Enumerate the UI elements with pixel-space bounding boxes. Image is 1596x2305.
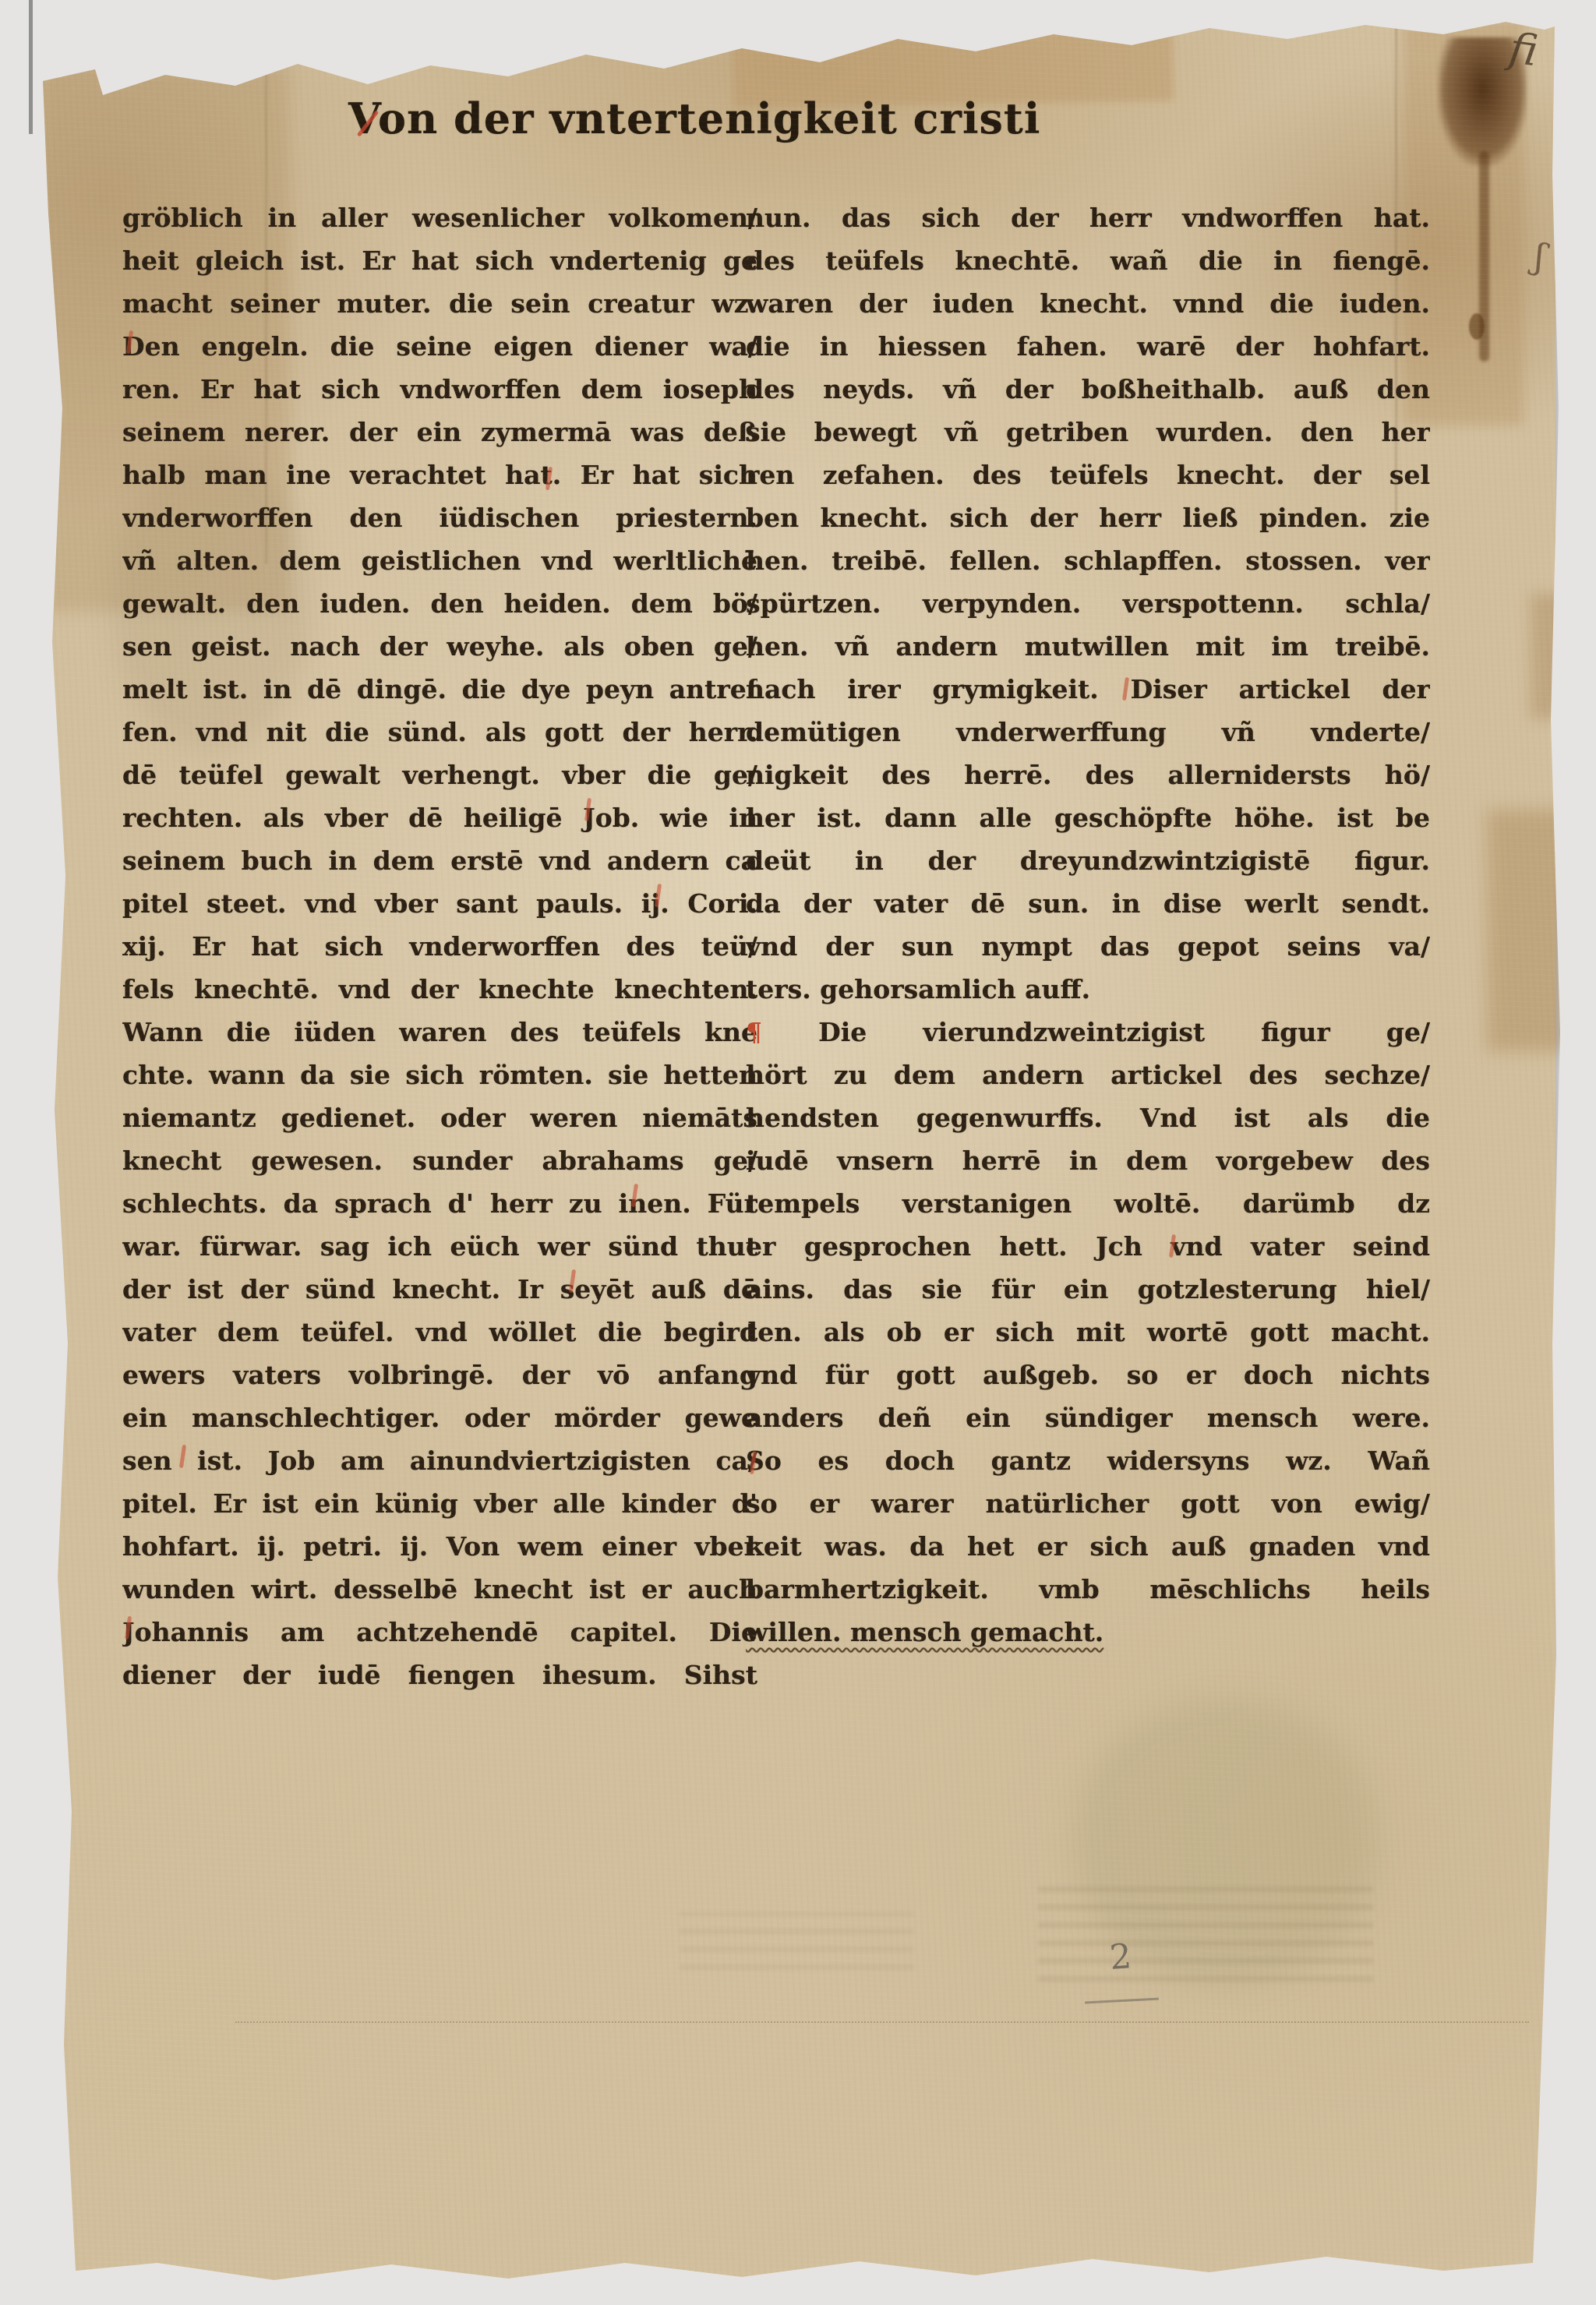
text-line: waren der iuden knecht. vnnd die iuden.	[746, 282, 1430, 325]
showthrough-text-ghost	[1038, 1881, 1373, 1994]
text-column-left: gröblich in aller wesenlicher volkomen/h…	[122, 196, 757, 1696]
text-line: ains. das sie für ein gotzlesterung hiel…	[746, 1268, 1430, 1311]
text-line: da der vater dē sun. in dise werlt sendt…	[746, 882, 1430, 925]
text-line: gröblich in aller wesenlicher volkomen/	[122, 196, 757, 239]
text-line: er gesprochen hett. Jch vnd vater seind	[746, 1225, 1430, 1268]
text-line: sen ist. Job am ainundviertzigisten ca/	[122, 1439, 757, 1482]
ink-drip-top-right	[1479, 151, 1489, 362]
text-line: des neyds. vñ der boßheithalb. auß den	[746, 368, 1430, 411]
text-line: vnd der sun nympt das gepot seins va/	[746, 925, 1430, 968]
text-line: nun. das sich der herr vndworffen hat.	[746, 196, 1430, 239]
text-line: seinem buch in dem erstē vnd andern ca	[122, 839, 757, 882]
text-line: hen. treibē. fellen. schlapffen. stossen…	[746, 539, 1430, 582]
text-line: demütigen vnderwerffung vñ vnderte/	[746, 711, 1430, 754]
text-line: sie bewegt vñ getriben wurden. den her	[746, 411, 1430, 454]
text-line: willen. mensch gemacht.	[746, 1611, 1430, 1654]
text-line: macht seiner muter. die sein creatur wz.	[122, 282, 757, 325]
text-line: rechten. als vber dē heiligē Job. wie in	[122, 796, 757, 839]
text-line: Wann die iüden waren des teüfels kne	[122, 1011, 757, 1054]
text-line: ein manschlechtiger. oder mörder gewe	[122, 1396, 757, 1439]
mounting-wire	[29, 0, 33, 134]
text-line: Johannis am achtzehendē capitel. Die	[122, 1611, 757, 1654]
text-line: hohfart. ij. petri. ij. Von wem einer vb…	[122, 1525, 757, 1568]
page-title: Von der vntertenigkeit cristi	[348, 94, 1096, 157]
text-line: tempels verstanigen woltē. darümb dz	[746, 1182, 1430, 1225]
ink-drop-top-right	[1469, 313, 1485, 340]
showthrough-text-ghost	[680, 1912, 913, 1982]
text-line: ters. gehorsamlich auff.	[746, 968, 1430, 1011]
text-line: vnderworffen den iüdischen priestern.	[122, 496, 757, 539]
text-line: schlechts. da sprach d' herr zu inen. Fü…	[122, 1182, 757, 1225]
text-line: ewers vaters volbringē. der vō anfang	[122, 1354, 757, 1396]
text-line: vnd für gott außgeb. so er doch nichts	[746, 1354, 1430, 1396]
pencil-mark-2: 2	[1108, 1936, 1132, 1978]
text-line: chte. wann da sie sich römten. sie hette…	[122, 1054, 757, 1096]
text-line: anders deñ ein sündiger mensch were.	[746, 1396, 1430, 1439]
text-line: wunden wirt. desselbē knecht ist er auch	[122, 1568, 757, 1611]
handwritten-mark-top-right: fi	[1506, 23, 1541, 76]
water-stain-bottom-right	[1073, 1698, 1377, 1986]
text-line: dē teüfel gewalt verhengt. vber die ge/	[122, 754, 757, 796]
text-line: her ist. dann alle geschöpfte höhe. ist …	[746, 796, 1430, 839]
text-line: halb man ine verachtet hat. Er hat sich	[122, 454, 757, 496]
manuscript-leaf: Von der vntertenigkeit cristi gröblich i…	[41, 19, 1555, 2288]
text-line: nach irer grymigkeit. Diser artickel der	[746, 668, 1430, 711]
text-line: barmhertzigkeit. vmb mēschlichs heils	[746, 1568, 1430, 1611]
text-line: ren. Er hat sich vndworffen dem ioseph	[122, 368, 757, 411]
text-line: Den engeln. die seine eigen diener wa/	[122, 325, 757, 368]
page-title-text: Von der vntertenigkeit cristi	[348, 94, 1040, 143]
water-stain-right-mid	[1487, 810, 1577, 1051]
text-line: war. fürwar. sag ich eüch wer sünd thut	[122, 1225, 757, 1268]
water-stain-right-upper	[1531, 594, 1579, 718]
text-line: seinem nerer. der ein zymermā was deß	[122, 411, 757, 454]
text-line: hendsten gegenwurffs. Vnd ist als die	[746, 1096, 1430, 1139]
text-line: keit was. da het er sich auß gnaden vnd	[746, 1525, 1430, 1568]
text-line: fels knechtē. vnd der knechte knechten.	[122, 968, 757, 1011]
text-line: spürtzen. verpynden. verspottenn. schla/	[746, 582, 1430, 625]
text-line: knecht gewesen. sunder abrahams ge/	[122, 1139, 757, 1182]
blind-impression-line	[235, 2021, 1529, 2023]
text-line: xij. Er hat sich vnderworffen des teü/	[122, 925, 757, 968]
text-line: der ist der sünd knecht. Ir seyēt auß dē	[122, 1268, 757, 1311]
text-line: diener der iudē fiengen ihesum. Sihst	[122, 1654, 757, 1696]
text-line: hen. vñ andern mutwillen mit im treibē.	[746, 625, 1430, 668]
text-line: des teüfels knechtē. wañ die in fiengē.	[746, 239, 1430, 282]
pencil-underline	[1085, 1998, 1159, 2004]
text-line: ¶ Die vierundzweintzigist figur ge/	[746, 1011, 1430, 1054]
text-line: melt ist. in dē dingē. die dye peyn antr…	[122, 668, 757, 711]
ink-curl-right-edge: ʃ	[1531, 235, 1550, 277]
text-line: die in hiessen fahen. warē der hohfart.	[746, 325, 1430, 368]
text-line: vñ alten. dem geistlichen vnd werltlichē	[122, 539, 757, 582]
text-column-right: nun. das sich der herr vndworffen hat.de…	[746, 196, 1430, 1654]
text-line: so er warer natürlicher gott von ewig/	[746, 1482, 1430, 1525]
text-line: sen geist. nach der weyhe. als oben ge/	[122, 625, 757, 668]
text-line: pitel steet. vnd vber sant pauls. ij. Co…	[122, 882, 757, 925]
text-line: gewalt. den iuden. den heiden. dem bö/	[122, 582, 757, 625]
text-line: heit gleich ist. Er hat sich vndertenig …	[122, 239, 757, 282]
text-line: vater dem teüfel. vnd wöllet die begird	[122, 1311, 757, 1354]
text-line: ben knecht. sich der herr ließ pinden. z…	[746, 496, 1430, 539]
text-line: So es doch gantz widersyns wz. Wañ	[746, 1439, 1430, 1482]
text-line: pitel. Er ist ein künig vber alle kinder…	[122, 1482, 757, 1525]
text-line: niemantz gedienet. oder weren niemāts	[122, 1096, 757, 1139]
text-line: hört zu dem andern artickel des sechze/	[746, 1054, 1430, 1096]
ink-stain-top-right	[1438, 37, 1527, 166]
text-line: iudē vnsern herrē in dem vorgebew des	[746, 1139, 1430, 1182]
rubric-pilcrow: ¶	[746, 1017, 818, 1047]
text-line: ren zefahen. des teüfels knecht. der sel	[746, 454, 1430, 496]
text-line: fen. vnd nit die sünd. als gott der herr…	[122, 711, 757, 754]
text-line: nigkeit des herrē. des allernidersts hö/	[746, 754, 1430, 796]
text-line: ten. als ob er sich mit wortē gott macht…	[746, 1311, 1430, 1354]
text-line: deüt in der dreyundzwintzigistē figur.	[746, 839, 1430, 882]
